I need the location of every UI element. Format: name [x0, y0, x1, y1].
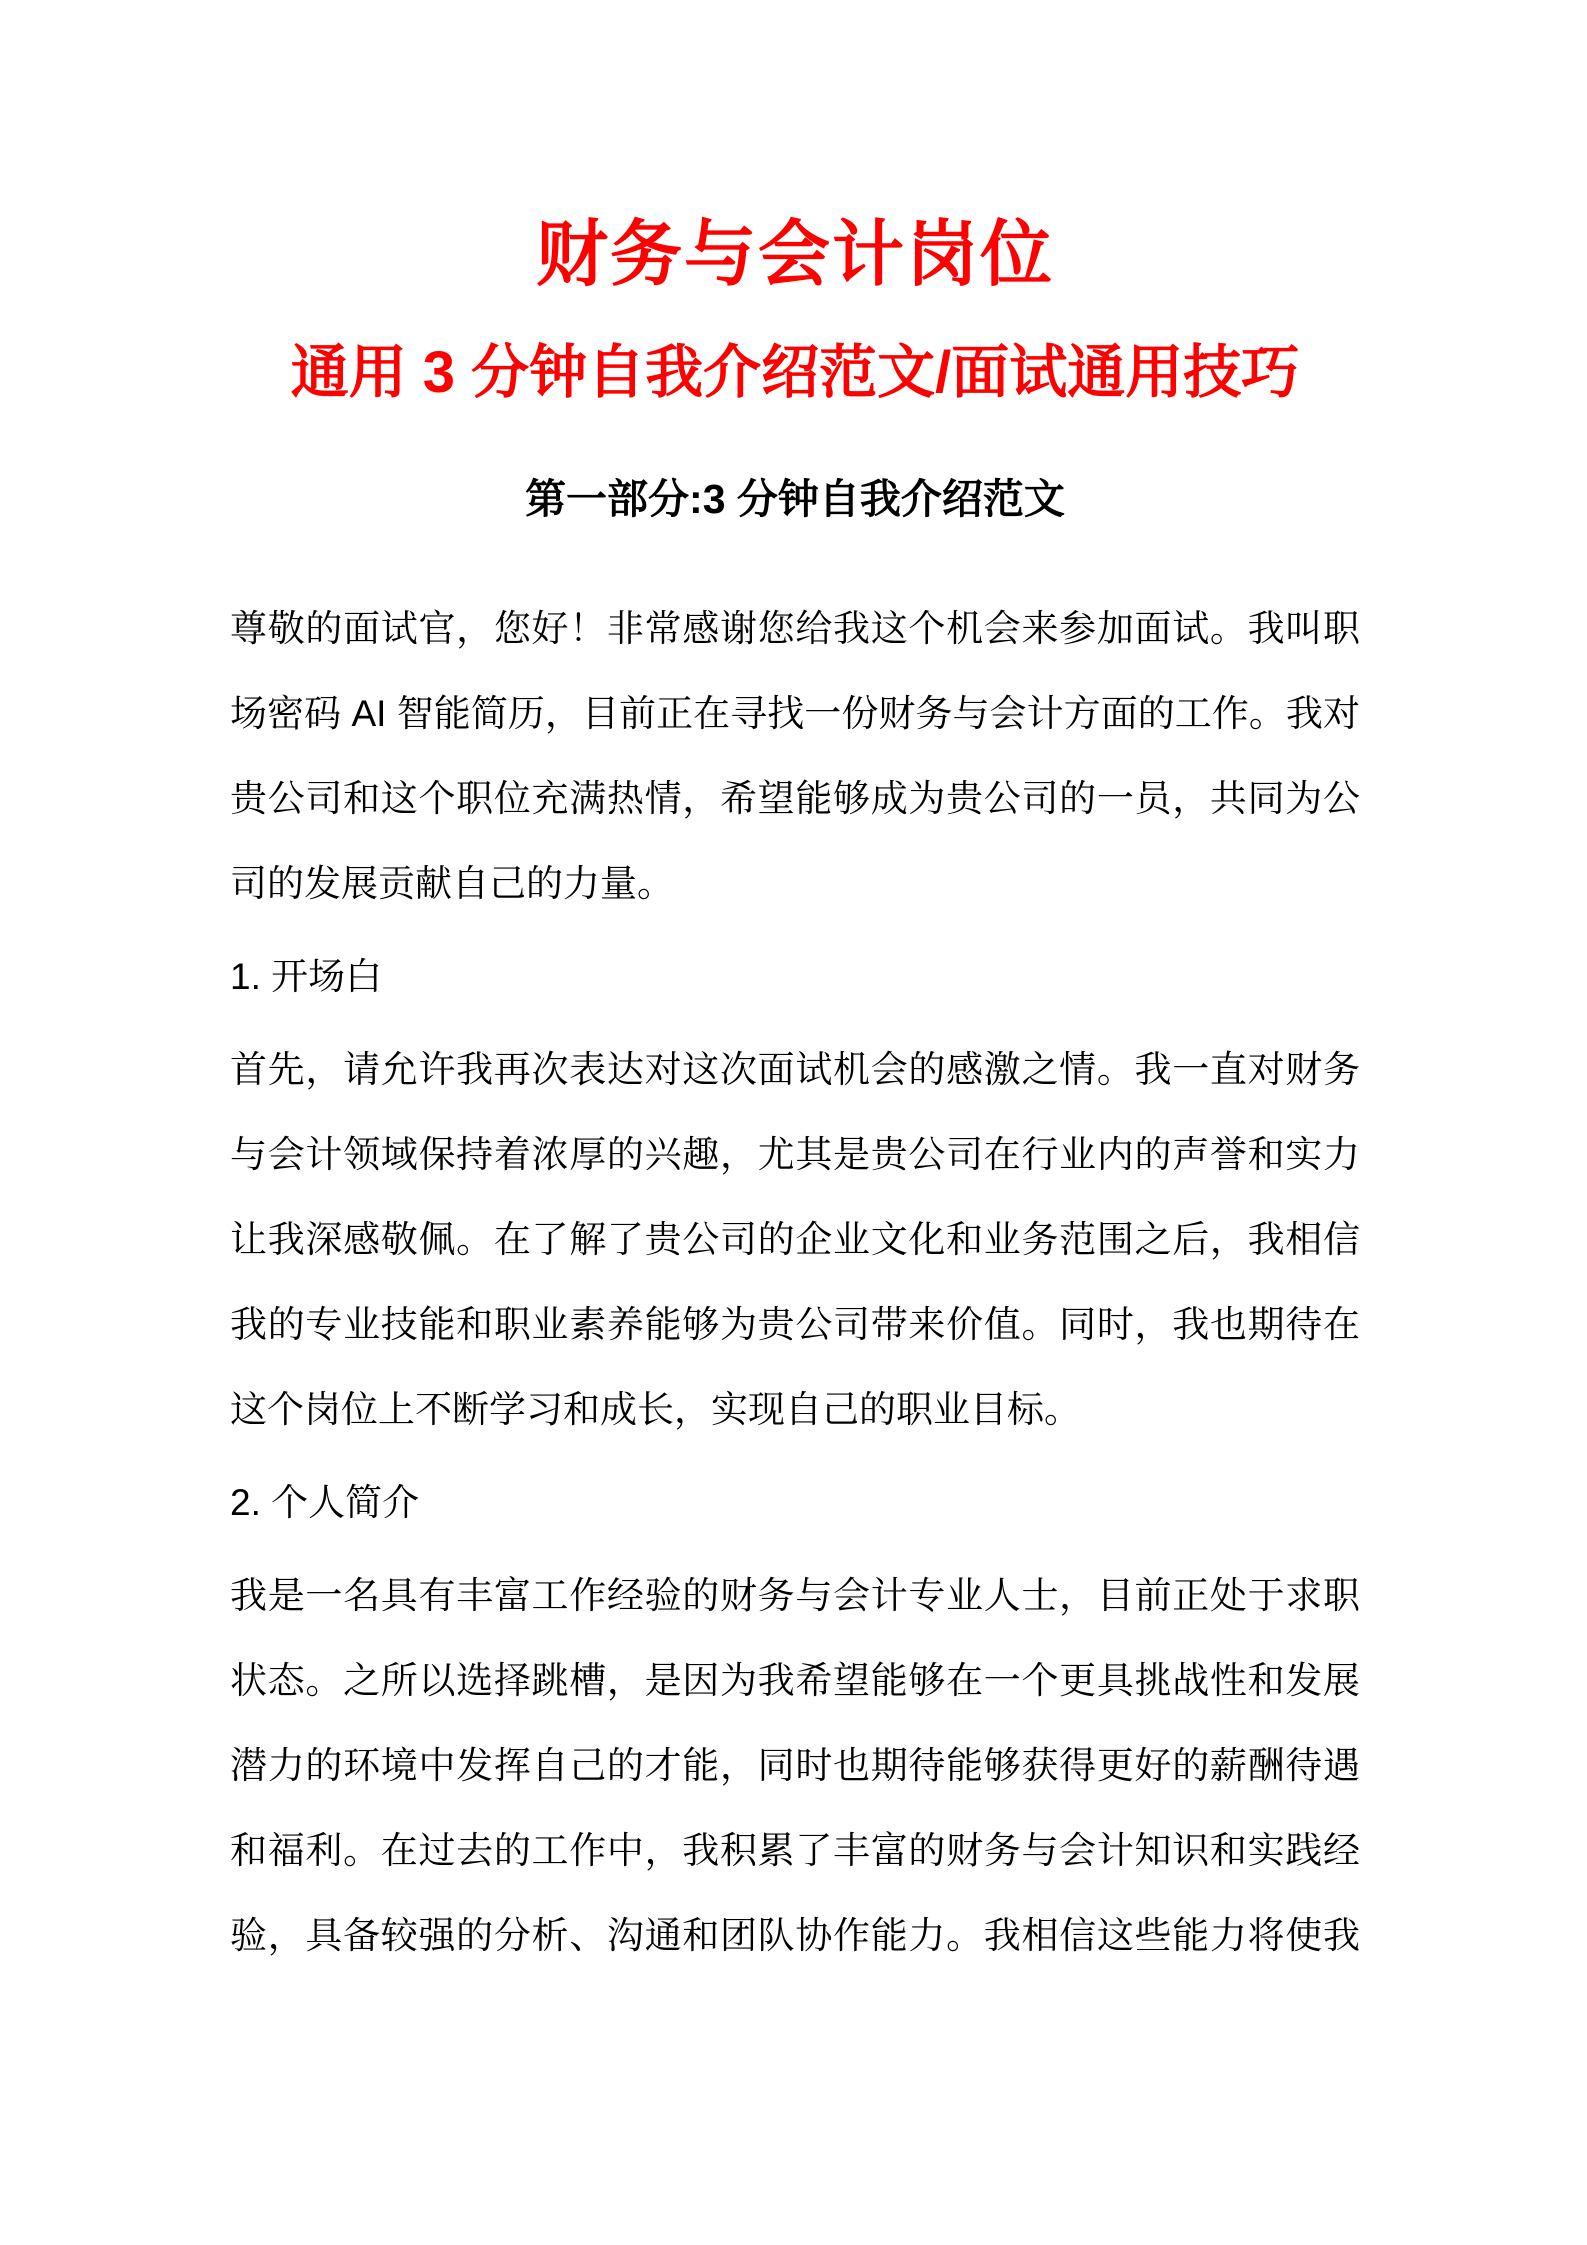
paragraph-line: 这个岗位上不断学习和成长，实现自己的职业目标。	[230, 1367, 1360, 1452]
paragraph-line: 场密码 AI 智能简历，目前正在寻找一份财务与会计方面的工作。我对	[230, 671, 1360, 756]
paragraph-line: 尊敬的面试官，您好！非常感谢您给我这个机会来参加面试。我叫职	[230, 586, 1360, 671]
paragraph-line: 和福利。在过去的工作中，我积累了丰富的财务与会计知识和实践经	[230, 1808, 1360, 1893]
paragraph: 首先，请允许我再次表达对这次面试机会的感激之情。我一直对财务与会计领域保持着浓厚…	[230, 1027, 1360, 1452]
section-heading: 第一部分:3 分钟自我介绍范文	[230, 469, 1360, 529]
paragraph-line: 让我深感敬佩。在了解了贵公司的企业文化和业务范围之后，我相信	[230, 1197, 1360, 1282]
document-title: 财务与会计岗位	[230, 210, 1360, 300]
paragraph-line: 我的专业技能和职业素养能够为贵公司带来价值。同时，我也期待在	[230, 1282, 1360, 1367]
paragraph: 尊敬的面试官，您好！非常感谢您给我这个机会来参加面试。我叫职场密码 AI 智能简…	[230, 586, 1360, 926]
body-heading: 2. 个人简介	[230, 1460, 1360, 1545]
paragraph-line: 验，具备较强的分析、沟通和团队协作能力。我相信这些能力将使我	[230, 1893, 1360, 1978]
paragraph-line: 首先，请允许我再次表达对这次面试机会的感激之情。我一直对财务	[230, 1027, 1360, 1112]
document-body: 尊敬的面试官，您好！非常感谢您给我这个机会来参加面试。我叫职场密码 AI 智能简…	[230, 586, 1360, 1978]
paragraph-line: 潜力的环境中发挥自己的才能，同时也期待能够获得更好的薪酬待遇	[230, 1723, 1360, 1808]
paragraph-line: 贵公司和这个职位充满热情，希望能够成为贵公司的一员，共同为公	[230, 756, 1360, 841]
paragraph-line: 与会计领域保持着浓厚的兴趣，尤其是贵公司在行业内的声誉和实力	[230, 1112, 1360, 1197]
paragraph-line: 状态。之所以选择跳槽，是因为我希望能够在一个更具挑战性和发展	[230, 1638, 1360, 1723]
paragraph: 我是一名具有丰富工作经验的财务与会计专业人士，目前正处于求职状态。之所以选择跳槽…	[230, 1553, 1360, 1978]
paragraph-line: 我是一名具有丰富工作经验的财务与会计专业人士，目前正处于求职	[230, 1553, 1360, 1638]
paragraph-line: 司的发展贡献自己的力量。	[230, 841, 1360, 926]
document-page: 财务与会计岗位 通用 3 分钟自我介绍范文/面试通用技巧 第一部分:3 分钟自我…	[0, 0, 1587, 2245]
document-subtitle: 通用 3 分钟自我介绍范文/面试通用技巧	[230, 333, 1360, 413]
body-heading: 1. 开场白	[230, 934, 1360, 1019]
